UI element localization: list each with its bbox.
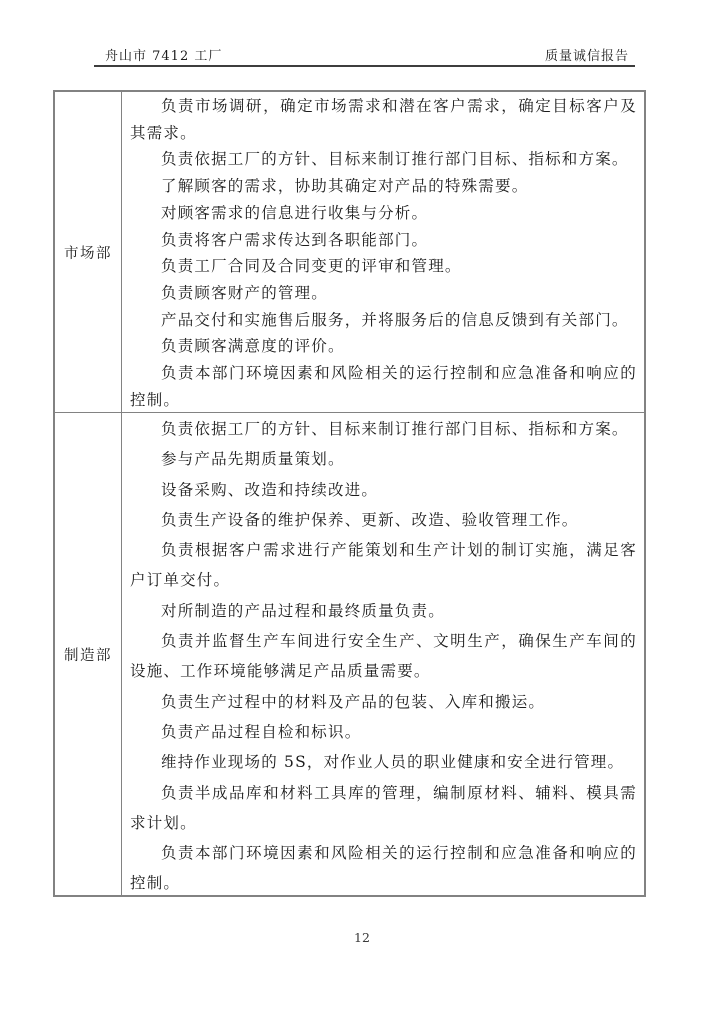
duty-paragraph: 对所制造的产品过程和最终质量负责。 [130, 596, 637, 626]
duty-paragraph: 负责将客户需求传达到各职能部门。 [130, 227, 637, 254]
department-label: 市场部 [64, 242, 112, 263]
duty-paragraph: 了解顾客的需求，协助其确定对产品的特殊需要。 [130, 173, 637, 200]
header-rule [94, 65, 635, 67]
duty-paragraph: 对顾客需求的信息进行收集与分析。 [130, 200, 637, 227]
duty-paragraph: 负责并监督生产车间进行安全生产、文明生产，确保生产车间的设施、工作环境能够满足产… [130, 626, 637, 687]
table-row-manufacturing: 制造部 负责依据工厂的方针、目标来制订推行部门目标、指标和方案。参与产品先期质量… [55, 413, 644, 895]
duty-paragraph: 负责依据工厂的方针、目标来制订推行部门目标、指标和方案。 [130, 414, 637, 444]
duty-paragraph: 负责本部门环境因素和风险相关的运行控制和应急准备和响应的控制。 [130, 360, 637, 412]
duty-paragraph: 负责生产过程中的材料及产品的包装、入库和搬运。 [130, 687, 637, 717]
duty-paragraph: 负责依据工厂的方针、目标来制订推行部门目标、指标和方案。 [130, 146, 637, 173]
duty-paragraph: 负责工厂合同及合同变更的评审和管理。 [130, 253, 637, 280]
duty-paragraph: 产品交付和实施售后服务，并将服务后的信息反馈到有关部门。 [130, 307, 637, 334]
header-report-title: 质量诚信报告 [545, 45, 629, 64]
duty-paragraph: 负责顾客满意度的评价。 [130, 333, 637, 360]
duty-paragraph: 负责市场调研，确定市场需求和潜在客户需求，确定目标客户及其需求。 [130, 93, 637, 146]
duties-cell: 负责依据工厂的方针、目标来制订推行部门目标、指标和方案。参与产品先期质量策划。设… [122, 413, 644, 895]
duty-paragraph: 负责生产设备的维护保养、更新、改造、验收管理工作。 [130, 505, 637, 535]
department-label: 制造部 [64, 644, 112, 665]
duties-cell: 负责市场调研，确定市场需求和潜在客户需求，确定目标客户及其需求。负责依据工厂的方… [122, 92, 644, 412]
page-number: 12 [0, 930, 724, 945]
table-row-marketing: 市场部 负责市场调研，确定市场需求和潜在客户需求，确定目标客户及其需求。负责依据… [55, 92, 644, 413]
duty-paragraph: 参与产品先期质量策划。 [130, 444, 637, 474]
duty-paragraph: 设备采购、改造和持续改进。 [130, 475, 637, 505]
department-cell: 市场部 [55, 92, 122, 412]
duty-paragraph: 负责顾客财产的管理。 [130, 280, 637, 307]
duty-paragraph: 负责根据客户需求进行产能策划和生产计划的制订实施，满足客户订单交付。 [130, 535, 637, 596]
duty-paragraph: 负责半成品库和材料工具库的管理，编制原材料、辅料、模具需求计划。 [130, 778, 637, 839]
document-page: 舟山市 7412 工厂 质量诚信报告 市场部 负责市场调研，确定市场需求和潜在客… [0, 0, 724, 1024]
department-cell: 制造部 [55, 413, 122, 895]
duty-paragraph: 维持作业现场的 5S，对作业人员的职业健康和安全进行管理。 [130, 747, 637, 777]
duty-paragraph: 负责产品过程自检和标识。 [130, 717, 637, 747]
header-company-name: 舟山市 7412 工厂 [105, 45, 222, 64]
duty-paragraph: 负责本部门环境因素和风险相关的运行控制和应急准备和响应的控制。 [130, 838, 637, 895]
duties-table: 市场部 负责市场调研，确定市场需求和潜在客户需求，确定目标客户及其需求。负责依据… [53, 90, 646, 897]
